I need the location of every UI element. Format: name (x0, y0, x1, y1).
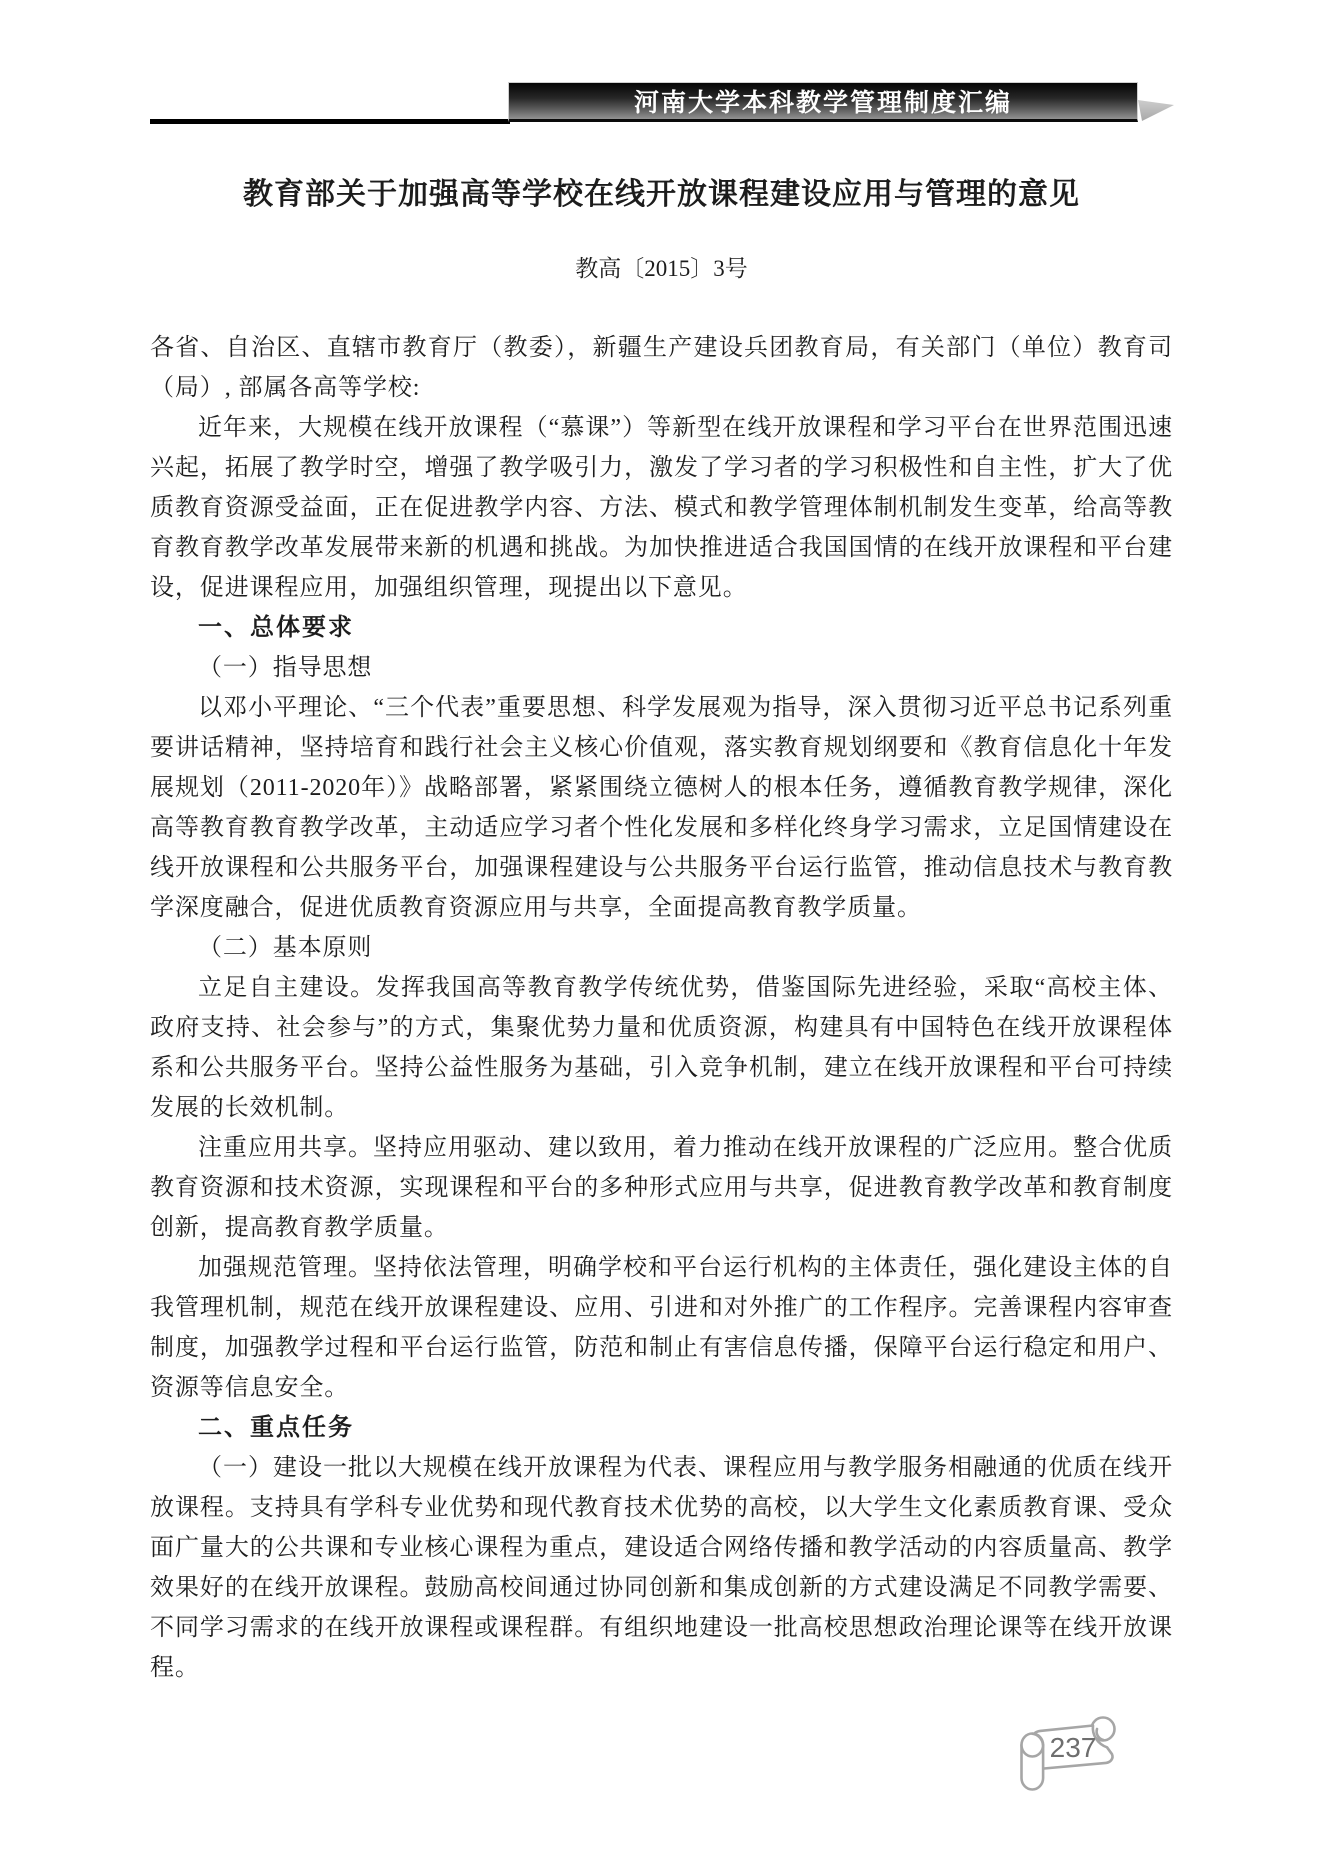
page-footer: 237 (1006, 1708, 1136, 1813)
section-heading: 一、总体要求 (150, 608, 1173, 648)
paragraph: 近年来，大规模在线开放课程（“慕课”）等新型在线开放课程和学习平台在世界范围迅速… (150, 408, 1173, 608)
header-banner: 河南大学本科教学管理制度汇编 (508, 82, 1138, 122)
document-body: 各省、自治区、直辖市教育厅（教委），新疆生产建设兵团教育局，有关部门（单位）教育… (150, 328, 1173, 1688)
page-scroll-icon: 237 (1006, 1708, 1136, 1808)
paragraph: （一）建设一批以大规模在线开放课程为代表、课程应用与教学服务相融通的优质在线开放… (150, 1448, 1173, 1688)
paragraph: 以邓小平理论、“三个代表”重要思想、科学发展观为指导，深入贯彻习近平总书记系列重… (150, 688, 1173, 928)
document-title: 教育部关于加强高等学校在线开放课程建设应用与管理的意见 (150, 176, 1173, 214)
document-number: 教高〔2015〕3号 (150, 254, 1173, 284)
page-number: 237 (1050, 1732, 1097, 1763)
banner-arrow-icon (1138, 97, 1176, 123)
paragraph: （二）基本原则 (150, 928, 1173, 968)
paragraph: 注重应用共享。坚持应用驱动、建以致用，着力推动在线开放课程的广泛应用。整合优质教… (150, 1128, 1173, 1248)
document-content: 教育部关于加强高等学校在线开放课程建设应用与管理的意见 教高〔2015〕3号 各… (150, 176, 1173, 1688)
section-heading: 二、重点任务 (150, 1408, 1173, 1448)
paragraph: 加强规范管理。坚持依法管理，明确学校和平台运行机构的主体责任，强化建设主体的自我… (150, 1248, 1173, 1408)
header-rule (150, 119, 510, 124)
document-page: 河南大学本科教学管理制度汇编 教育部关于加强高等学校在线开放课程建设应用与管理的… (0, 0, 1323, 1871)
paragraph: 立足自主建设。发挥我国高等教育教学传统优势，借鉴国际先进经验，采取“高校主体、政… (150, 968, 1173, 1128)
paragraph: 各省、自治区、直辖市教育厅（教委），新疆生产建设兵团教育局，有关部门（单位）教育… (150, 328, 1173, 408)
header-banner-title: 河南大学本科教学管理制度汇编 (634, 83, 1012, 119)
paragraph: （一）指导思想 (150, 648, 1173, 688)
